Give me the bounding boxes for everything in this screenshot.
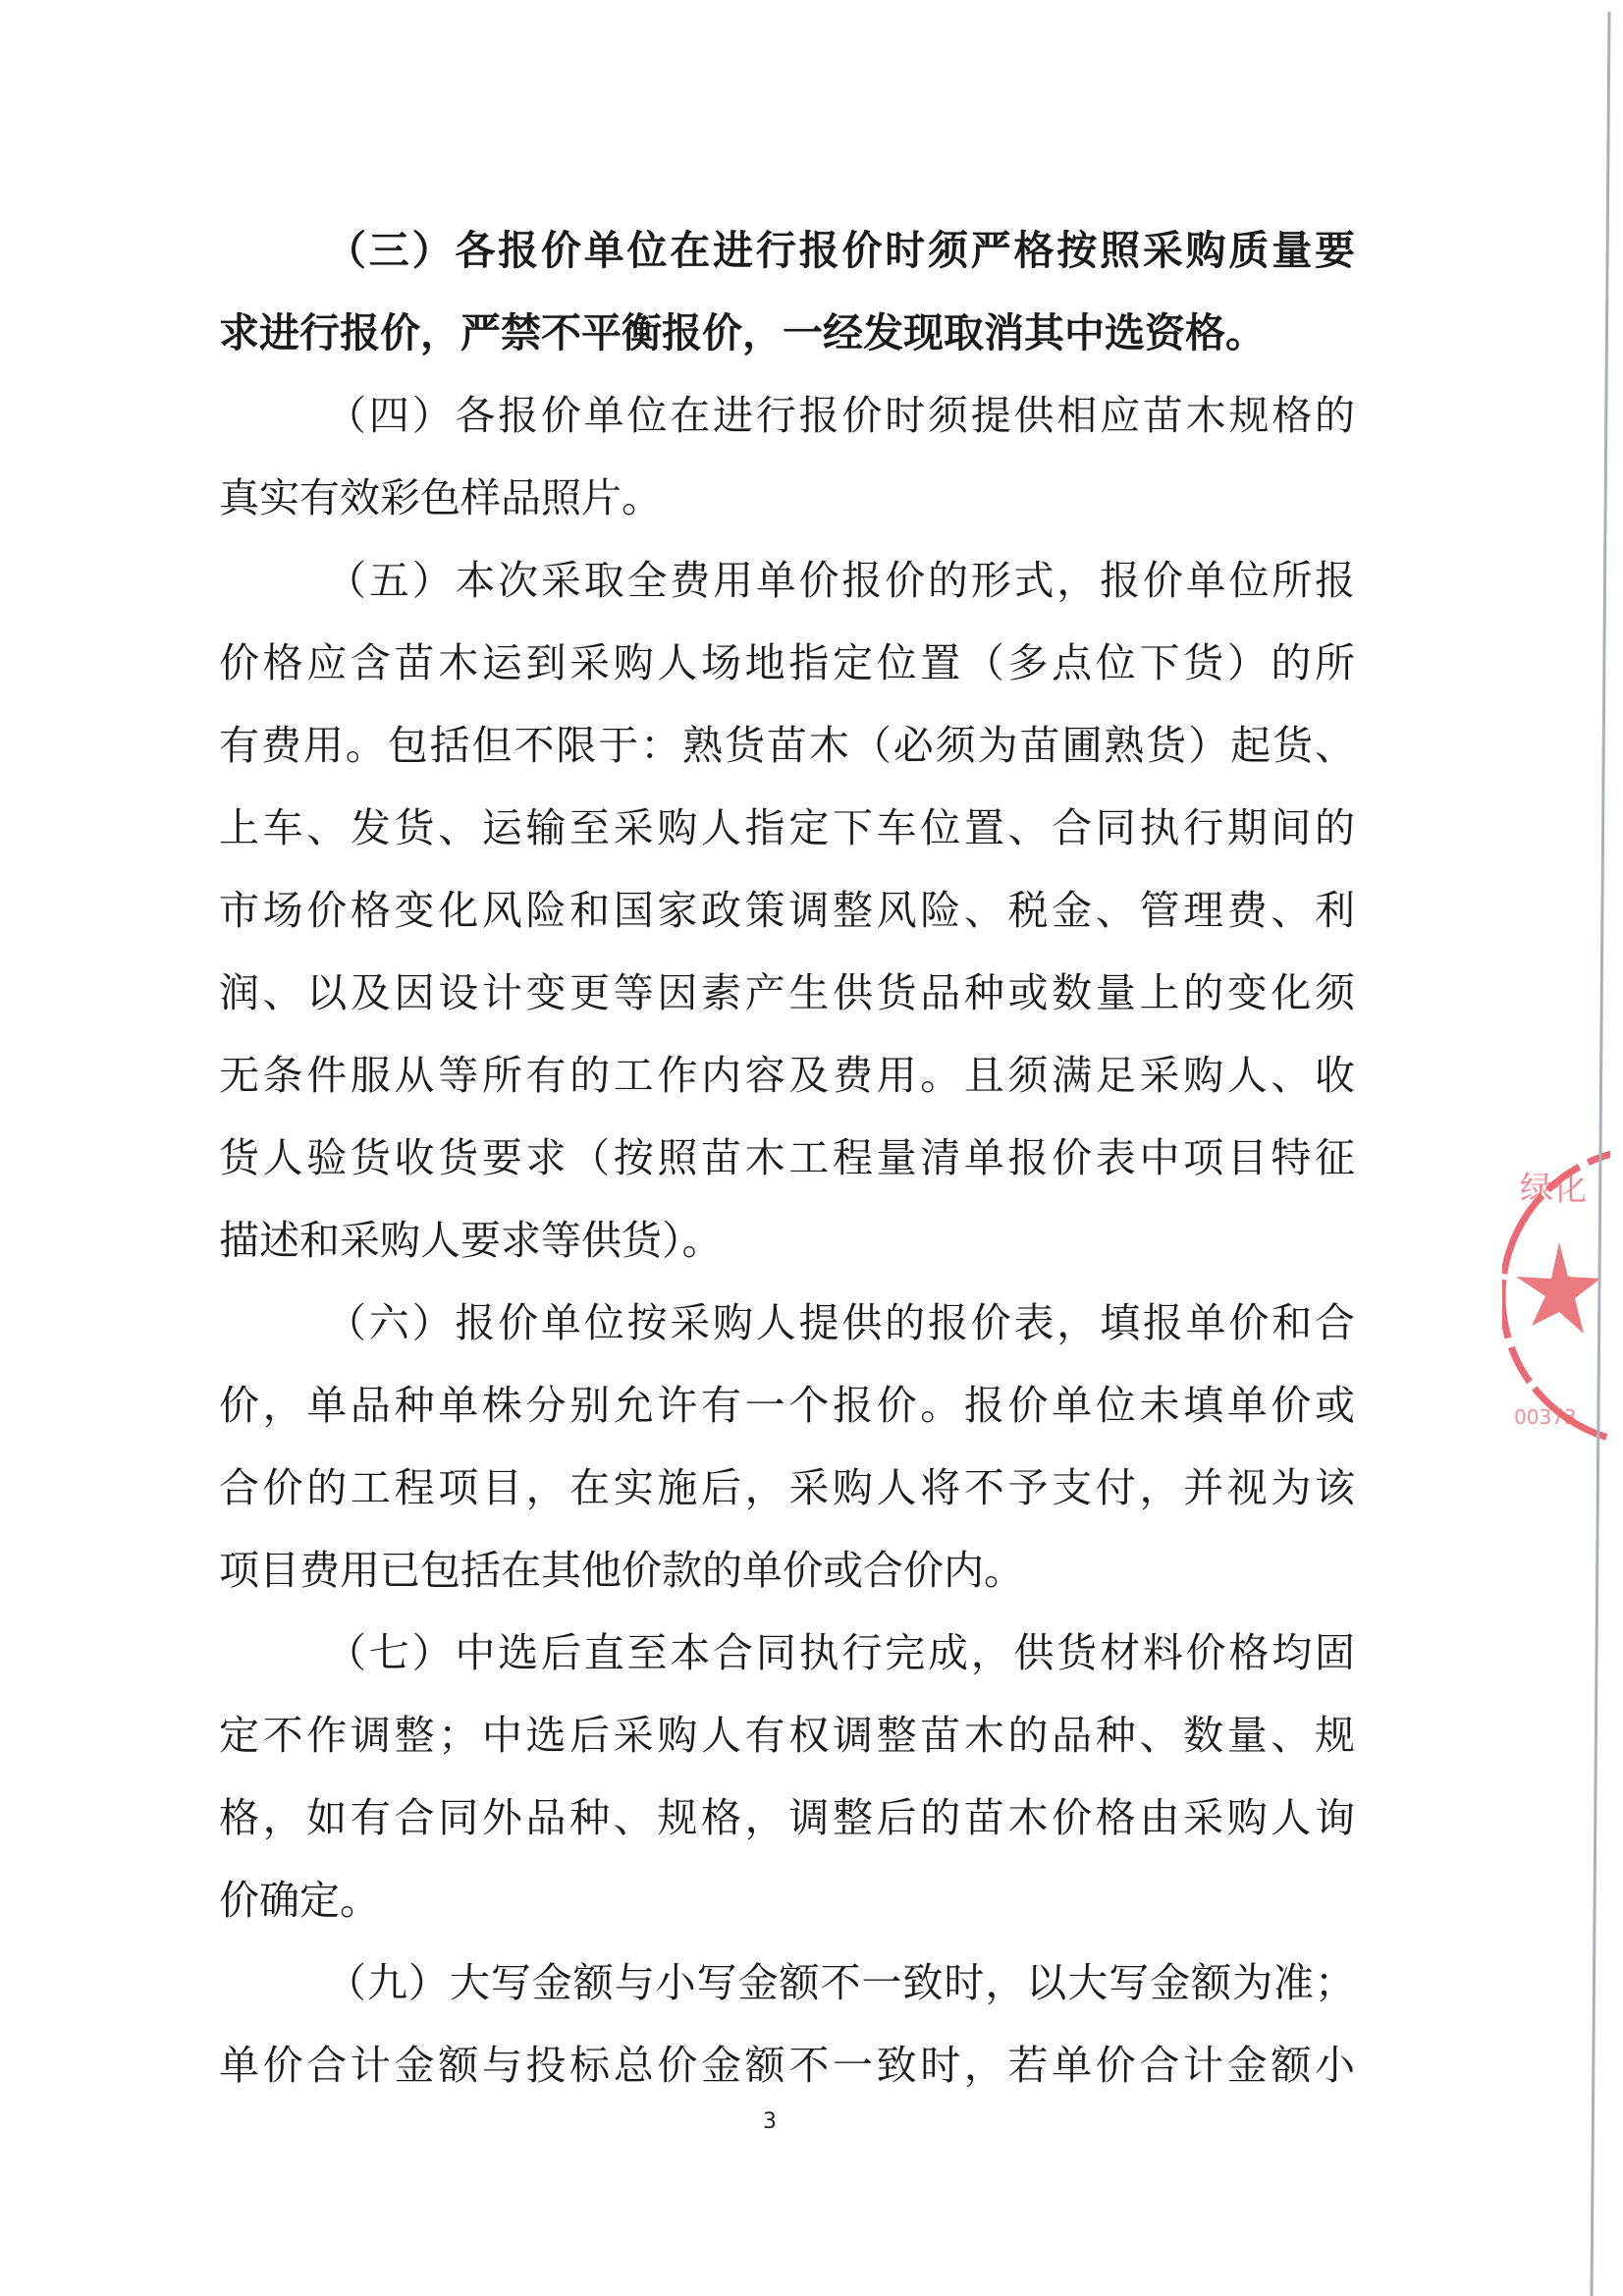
clause-5-line-8: 货人验货收货要求（按照苗木工程量清单报价表中项目特征 bbox=[219, 1133, 1355, 1182]
clause-9-line-1: （九）大写金额与小写金额不一致时，以大写金额为准； bbox=[326, 1958, 1355, 2007]
clause-5-line-2: 价格应含苗木运到采购人场地指定位置（多点位下货）的所 bbox=[219, 638, 1355, 687]
clause-7-line-3: 格，如有合同外品种、规格，调整后的苗木价格由采购人询 bbox=[219, 1793, 1355, 1842]
stamp-text: 绿化 bbox=[1520, 1170, 1587, 1209]
clause-7-line-4: 价确定。 bbox=[219, 1876, 380, 1925]
clause-3-line-2: 求进行报价，严禁不平衡报价，一经发现取消其中选资格。 bbox=[219, 308, 1266, 357]
clause-7-line-1: （七）中选后直至本合同执行完成，供货材料价格均固 bbox=[326, 1628, 1355, 1677]
clause-6-line-3: 合价的工程项目，在实施后，采购人将不予支付，并视为该 bbox=[219, 1463, 1355, 1512]
clause-6-line-1: （六）报价单位按采购人提供的报价表，填报单价和合 bbox=[326, 1298, 1355, 1347]
clause-5-line-1: （五）本次采取全费用单价报价的形式，报价单位所报 bbox=[326, 556, 1355, 605]
seal-stamp: 绿化 00373 bbox=[1502, 1139, 1610, 1463]
clause-5-line-5: 市场价格变化风险和国家政策调整风险、税金、管理费、利 bbox=[219, 886, 1355, 935]
clause-5-line-4: 上车、发货、运输至采购人指定下车位置、合同执行期间的 bbox=[219, 803, 1355, 852]
star-icon bbox=[1516, 1242, 1600, 1334]
clause-4-line-1: （四）各报价单位在进行报价时须提供相应苗木规格的 bbox=[326, 391, 1355, 440]
clause-3-line-1: （三）各报价单位在进行报价时须严格按照采购质量要 bbox=[326, 226, 1355, 275]
clause-9-line-2: 单价合计金额与投标总价金额不一致时，若单价合计金额小 bbox=[219, 2041, 1355, 2090]
page-number: 3 bbox=[763, 2109, 777, 2134]
clause-5-line-9: 描述和采购人要求等供货）。 bbox=[219, 1216, 723, 1265]
clause-4-line-2: 真实有效彩色样品照片。 bbox=[219, 473, 662, 522]
clause-7-line-2: 定不作调整；中选后采购人有权调整苗木的品种、数量、规 bbox=[219, 1711, 1355, 1760]
clause-5-line-3: 有费用。包括但不限于：熟货苗木（必须为苗圃熟货）起货、 bbox=[219, 721, 1355, 770]
document-page: （三）各报价单位在进行报价时须严格按照采购质量要 求进行报价，严禁不平衡报价，一… bbox=[0, 0, 1623, 2296]
clause-6-line-4: 项目费用已包括在其他价款的单价或合价内。 bbox=[219, 1546, 1024, 1595]
clause-5-line-6: 润、以及因设计变更等因素产生供货品种或数量上的变化须 bbox=[219, 968, 1355, 1017]
stamp-number: 00373 bbox=[1514, 1405, 1577, 1429]
clause-5-line-7: 无条件服从等所有的工作内容及费用。且须满足采购人、收 bbox=[219, 1051, 1355, 1100]
clause-6-line-2: 价，单品种单株分别允许有一个报价。报价单位未填单价或 bbox=[219, 1381, 1355, 1430]
